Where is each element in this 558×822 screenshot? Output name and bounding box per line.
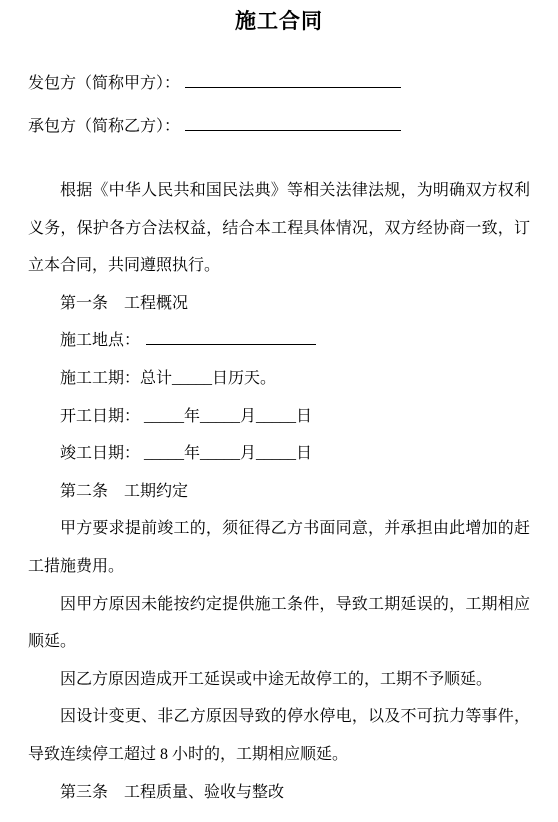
contract-document: 施工合同 发包方（简称甲方）： 承包方（简称乙方）： 根据《中华人民共和国民法典… [0, 0, 558, 822]
party-section: 发包方（简称甲方）： 承包方（简称乙方）： [28, 62, 530, 148]
contract-body: 根据《中华人民共和国民法典》等相关法律法规，为明确双方权利义务，保护各方合法权益… [28, 172, 530, 811]
party-a-label: 发包方（简称甲方）： [28, 75, 180, 92]
party-a-blank-field[interactable] [185, 72, 401, 88]
construction-duration-line: 施工工期：总计_____日历天。 [28, 360, 530, 398]
article-3-heading: 第三条 工程质量、验收与整改 [28, 774, 530, 812]
party-b-line: 承包方（简称乙方）： [28, 105, 530, 148]
construction-location-blank-field[interactable] [146, 329, 316, 345]
party-b-blank-field[interactable] [185, 115, 401, 131]
clause-party-b-delay: 因乙方原因造成开工延误或中途无故停工的，工期不予顺延。 [28, 661, 530, 699]
article-1-heading: 第一条 工程概况 [28, 285, 530, 323]
party-a-line: 发包方（简称甲方）： [28, 62, 530, 105]
clause-early-completion: 甲方要求提前竣工的，须征得乙方书面同意，并承担由此增加的赶工措施费用。 [28, 510, 530, 585]
article-2-heading: 第二条 工期约定 [28, 473, 530, 511]
end-date-line: 竣工日期： _____年_____月_____日 [28, 435, 530, 473]
clause-force-majeure: 因设计变更、非乙方原因导致的停水停电，以及不可抗力等事件，导致连续停工超过 8 … [28, 698, 530, 773]
construction-location-label: 施工地点： [60, 332, 140, 349]
clause-party-a-delay: 因甲方原因未能按约定提供施工条件，导致工期延误的，工期相应顺延。 [28, 586, 530, 661]
document-title: 施工合同 [28, 8, 530, 34]
preamble-paragraph: 根据《中华人民共和国民法典》等相关法律法规，为明确双方权利义务，保护各方合法权益… [28, 172, 530, 285]
construction-location-line: 施工地点： [28, 322, 530, 360]
party-b-label: 承包方（简称乙方）： [28, 118, 180, 135]
start-date-line: 开工日期： _____年_____月_____日 [28, 398, 530, 436]
